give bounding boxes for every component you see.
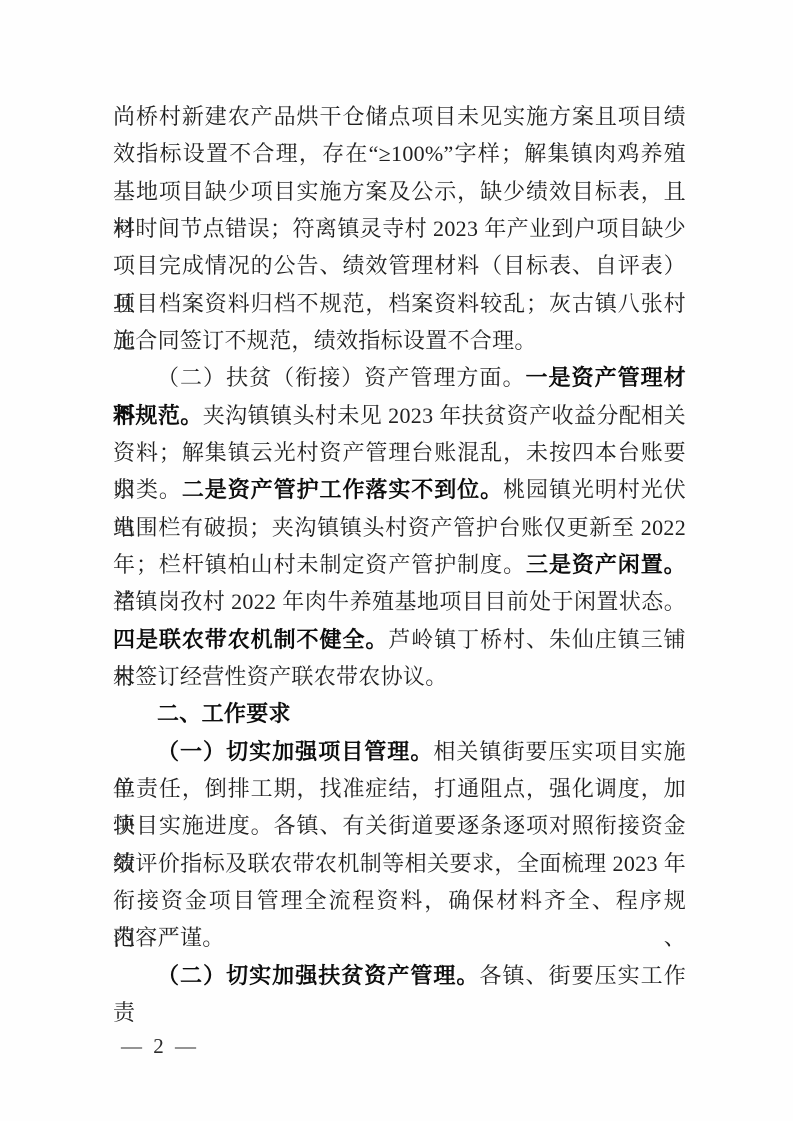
text-line: 二、工作要求 [113,695,686,732]
text-line: 位责任，倒排工期，找准症结，打通阻点，强化调度，加快 [113,770,686,807]
text-line: 不规范。夹沟镇镇头村未见 2023 年扶贫资产收益分配相关 [113,397,686,434]
bold-text-segment: 二是资产管护工作落实不到位。 [182,477,503,502]
text-segment: 工合同签订不规范，绩效指标设置不合理。 [113,328,537,353]
bold-text-segment: 三是资产闲置。 [526,552,686,577]
text-line: （二）切实加强扶贫资产管理。各镇、街要压实工作责 [113,957,686,994]
text-segment: 效指标设置不合理，存在“≥100%”字样；解集镇肉鸡养殖 [113,141,686,166]
bold-text-segment: （一）切实加强项目管理。 [157,739,433,764]
text-segment: 站围栏有破损；夹沟镇镇头村资产管护台账仅更新至 2022 [113,515,686,540]
text-line: 工合同签订不规范，绩效指标设置不合理。 [113,322,686,359]
text-line: 站围栏有破损；夹沟镇镇头村资产管护台账仅更新至 2022 [113,509,686,546]
text-segment: 尚桥村新建农产品烘干仓储点项目未见实施方案且项目绩 [113,104,686,129]
text-segment: （二）扶贫（衔接）资产管理方面。 [157,365,526,390]
text-line: 项目档案资料归档不规范，档案资料较乱；灰古镇八张村施 [113,285,686,322]
text-segment: 效评价指标及联农带农机制等相关要求，全面梳理 2023 年 [113,851,686,876]
text-line: 尚桥村新建农产品烘干仓储点项目未见实施方案且项目绩 [113,98,686,135]
text-line: 归类。二是资产管护工作落实不到位。桃园镇光明村光伏电 [113,471,686,508]
text-line: 效指标设置不合理，存在“≥100%”字样；解集镇肉鸡养殖 [113,135,686,172]
text-line: 兰镇岗孜村 2022 年肉牛养殖基地项目目前处于闲置状态。 [113,583,686,620]
text-line: 基地项目缺少项目实施方案及公示，缺少绩效目标表，且材 [113,173,686,210]
text-line: 项目完成情况的公告、绩效管理材料（目标表、自评表）且 [113,247,686,284]
text-segment: 兰镇岗孜村 2022 年肉牛养殖基地项目目前处于闲置状态。 [113,589,686,614]
text-line: 年；栏杆镇柏山村未制定资产管护制度。三是资产闲置。褚 [113,546,686,583]
text-line: （一）切实加强项目管理。相关镇街要压实项目实施单 [113,733,686,770]
text-line: （二）扶贫（衔接）资产管理方面。一是资产管理材料 [113,359,686,396]
bold-text-segment: 四是联农带农机制不健全。 [113,627,388,652]
text-line: 四是联农带农机制不健全。芦岭镇丁桥村、朱仙庄镇三铺村 [113,621,686,658]
document-body: 尚桥村新建农产品烘干仓储点项目未见实施方案且项目绩效指标设置不合理，存在“≥10… [113,98,686,994]
text-segment: 未签订经营性资产联农带农协议。 [113,664,448,689]
text-segment: 料时间节点错误；符离镇灵寺村 2023 年产业到户项目缺少 [113,216,686,241]
text-line: 效评价指标及联农带农机制等相关要求，全面梳理 2023 年 [113,845,686,882]
text-line: 项目实施进度。各镇、有关街道要逐条逐项对照衔接资金绩 [113,807,686,844]
text-segment: 内容严谨。 [113,925,225,950]
text-line: 衔接资金项目管理全流程资料，确保材料齐全、程序规范、 [113,882,686,919]
text-segment: 夹沟镇镇头村未见 2023 年扶贫资产收益分配相关 [203,403,686,428]
document-page: 尚桥村新建农产品烘干仓储点项目未见实施方案且项目绩效指标设置不合理，存在“≥10… [0,0,793,1121]
text-segment: 归类。 [113,477,182,502]
text-line: 料时间节点错误；符离镇灵寺村 2023 年产业到户项目缺少 [113,210,686,247]
page-number: — 2 — [121,1034,199,1059]
text-line: 未签订经营性资产联农带农协议。 [113,658,686,695]
bold-text-segment: 二、工作要求 [157,701,291,726]
bold-text-segment: （二）切实加强扶贫资产管理。 [157,963,479,988]
text-line: 资料；解集镇云光村资产管理台账混乱，未按四本台账要求 [113,434,686,471]
bold-text-segment: 不规范。 [113,403,203,428]
text-segment: 年；栏杆镇柏山村未制定资产管护制度。 [113,552,526,577]
